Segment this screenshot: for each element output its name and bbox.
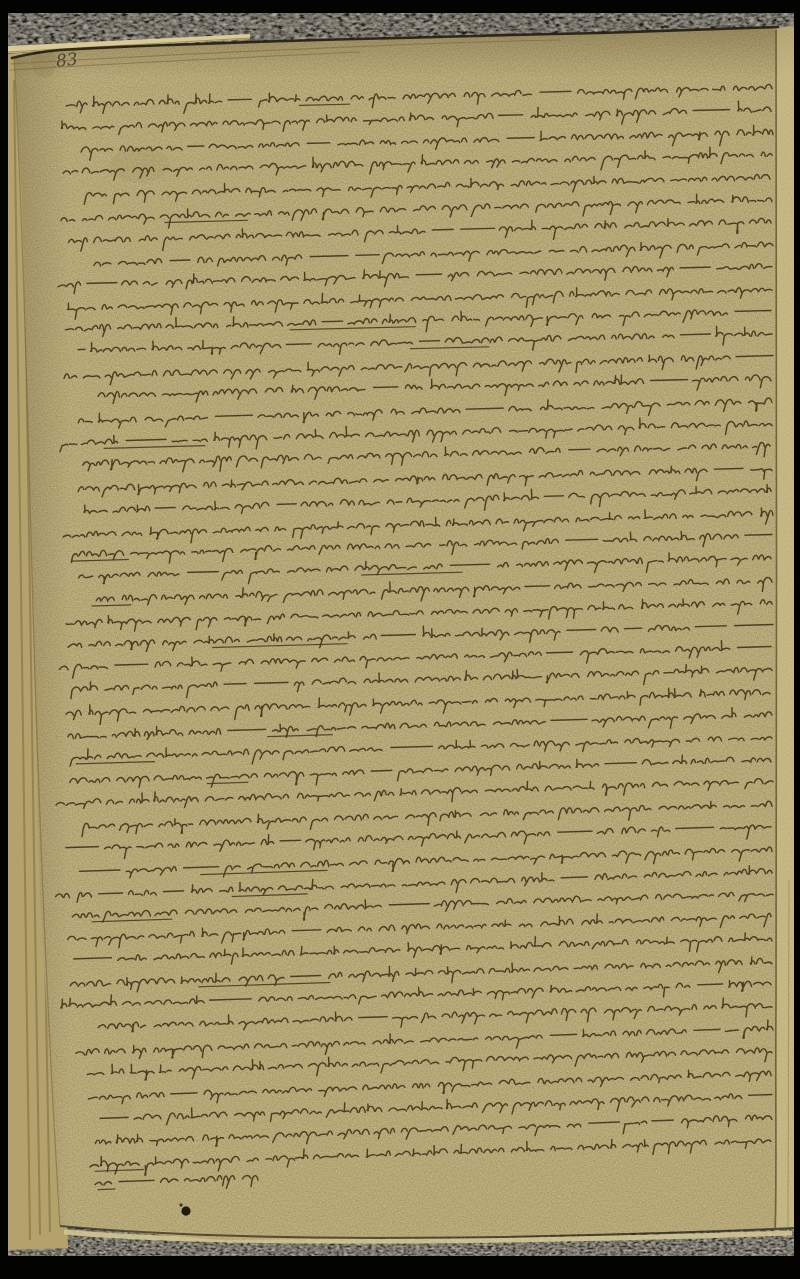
stain: [106, 1100, 134, 1116]
page-number: 83: [55, 50, 79, 72]
frame-bottom: [0, 1256, 800, 1279]
frame-right: [794, 0, 800, 1279]
manuscript-scan: 83: [0, 0, 800, 1279]
frame-top: [0, 0, 800, 13]
manuscript-scan-root: 83: [0, 0, 800, 1279]
frame-left: [0, 0, 8, 1279]
underline-mark: [98, 1189, 115, 1190]
main-page: [14, 26, 794, 1240]
